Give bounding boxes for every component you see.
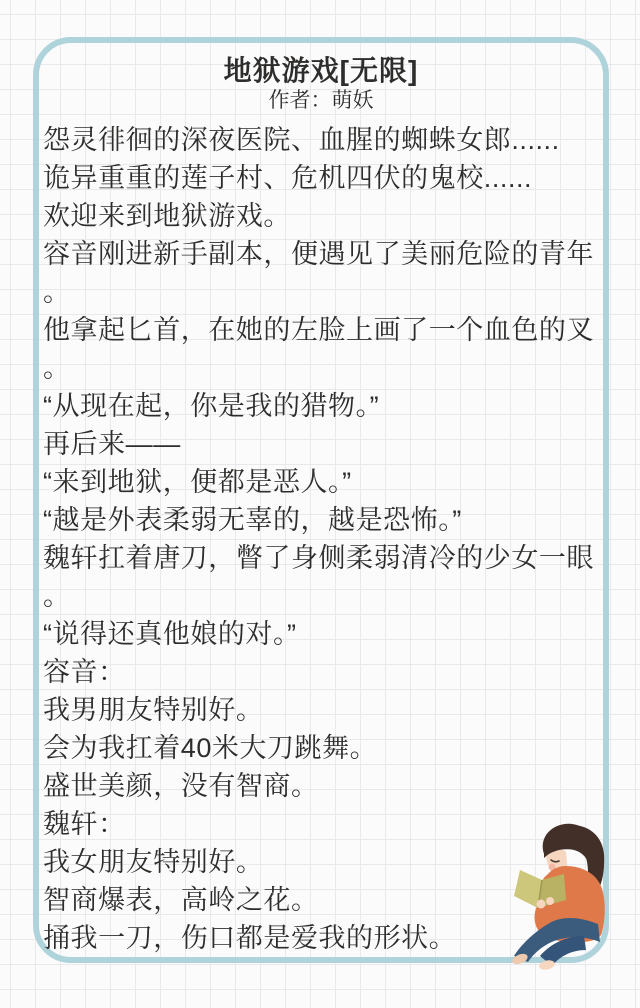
summary-line: 我男朋友特别好。	[43, 691, 605, 729]
novel-title: 地狱游戏[无限]	[39, 55, 603, 87]
summary-line: 欢迎来到地狱游戏。	[43, 197, 605, 235]
summary-line: “说得还真他娘的对。”	[43, 615, 605, 653]
illustration-hand	[537, 900, 546, 909]
summary-line: 他拿起匕首，在她的左脸上画了一个血色的叉	[43, 311, 605, 349]
novel-author: 作者：萌妖	[39, 88, 603, 114]
summary-line: 。	[43, 273, 605, 311]
illustration-hand	[546, 897, 554, 905]
summary-line: 怨灵徘徊的深夜医院、血腥的蜘蛛女郎......	[43, 121, 605, 159]
summary-line: 盛世美颜，没有智商。	[43, 767, 605, 805]
summary-line: 诡异重重的莲子村、危机四伏的鬼校......	[43, 159, 605, 197]
summary-line: “越是外表柔弱无辜的，越是恐怖。”	[43, 501, 605, 539]
summary-line: 。	[43, 349, 605, 387]
girl-reading-illustration	[494, 820, 640, 972]
summary-line: 再后来——	[43, 425, 605, 463]
summary-line: 容音：	[43, 653, 605, 691]
summary-line: 容音刚进新手副本，便遇见了美丽危险的青年	[43, 235, 605, 273]
grid-page: 地狱游戏[无限] 作者：萌妖 怨灵徘徊的深夜医院、血腥的蜘蛛女郎...... 诡…	[0, 0, 640, 1008]
summary-line: 魏轩扛着唐刀，瞥了身侧柔弱清冷的少女一眼	[43, 539, 605, 577]
summary-line: 。	[43, 577, 605, 615]
summary-line: “从现在起，你是我的猎物。”	[43, 387, 605, 425]
summary-line: 会为我扛着40米大刀跳舞。	[43, 729, 605, 767]
summary-line: “来到地狱，便都是恶人。”	[43, 463, 605, 501]
